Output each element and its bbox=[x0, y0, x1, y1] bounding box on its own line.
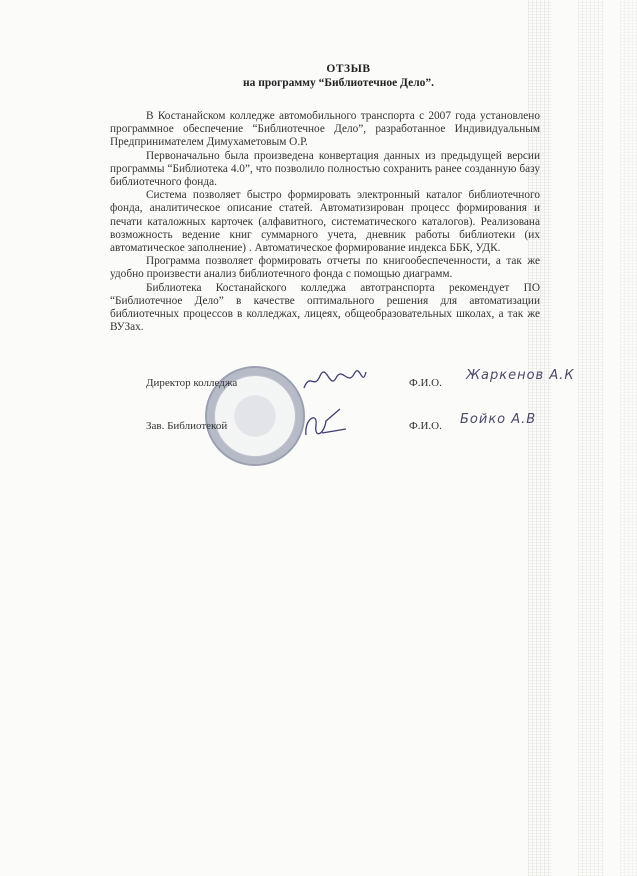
paragraph: Система позволяет быстро формировать эле… bbox=[110, 189, 540, 255]
scanned-letter-page: ОТЗЫВ на программу “Библиотечное Дело”. … bbox=[0, 0, 637, 876]
director-signature bbox=[300, 368, 370, 394]
librarian-fio-label: Ф.И.О. bbox=[409, 420, 442, 432]
librarian-signature bbox=[300, 405, 350, 441]
document-subtitle: на программу “Библиотечное Дело”. bbox=[0, 76, 637, 90]
document-body: В Костанайском колледже автомобильного т… bbox=[110, 110, 540, 334]
director-role-label: Директор колледжа bbox=[146, 377, 237, 389]
director-fio-label: Ф.И.О. bbox=[409, 377, 442, 389]
document-heading: ОТЗЫВ на программу “Библиотечное Дело”. bbox=[0, 62, 637, 90]
director-fio-handwritten: Жаркенов А.К bbox=[466, 368, 575, 383]
paragraph: Первоначально была произведена конвертац… bbox=[110, 150, 540, 190]
librarian-role-label: Зав. Библиотекой bbox=[146, 420, 227, 432]
librarian-fio-handwritten: Бойко А.В bbox=[460, 412, 536, 427]
paragraph: Библиотека Костанайского колледжа автотр… bbox=[110, 282, 540, 335]
document-title: ОТЗЫВ bbox=[0, 62, 637, 76]
paragraph: В Костанайском колледже автомобильного т… bbox=[110, 110, 540, 150]
paragraph: Программа позволяет формировать отчеты п… bbox=[110, 255, 540, 281]
